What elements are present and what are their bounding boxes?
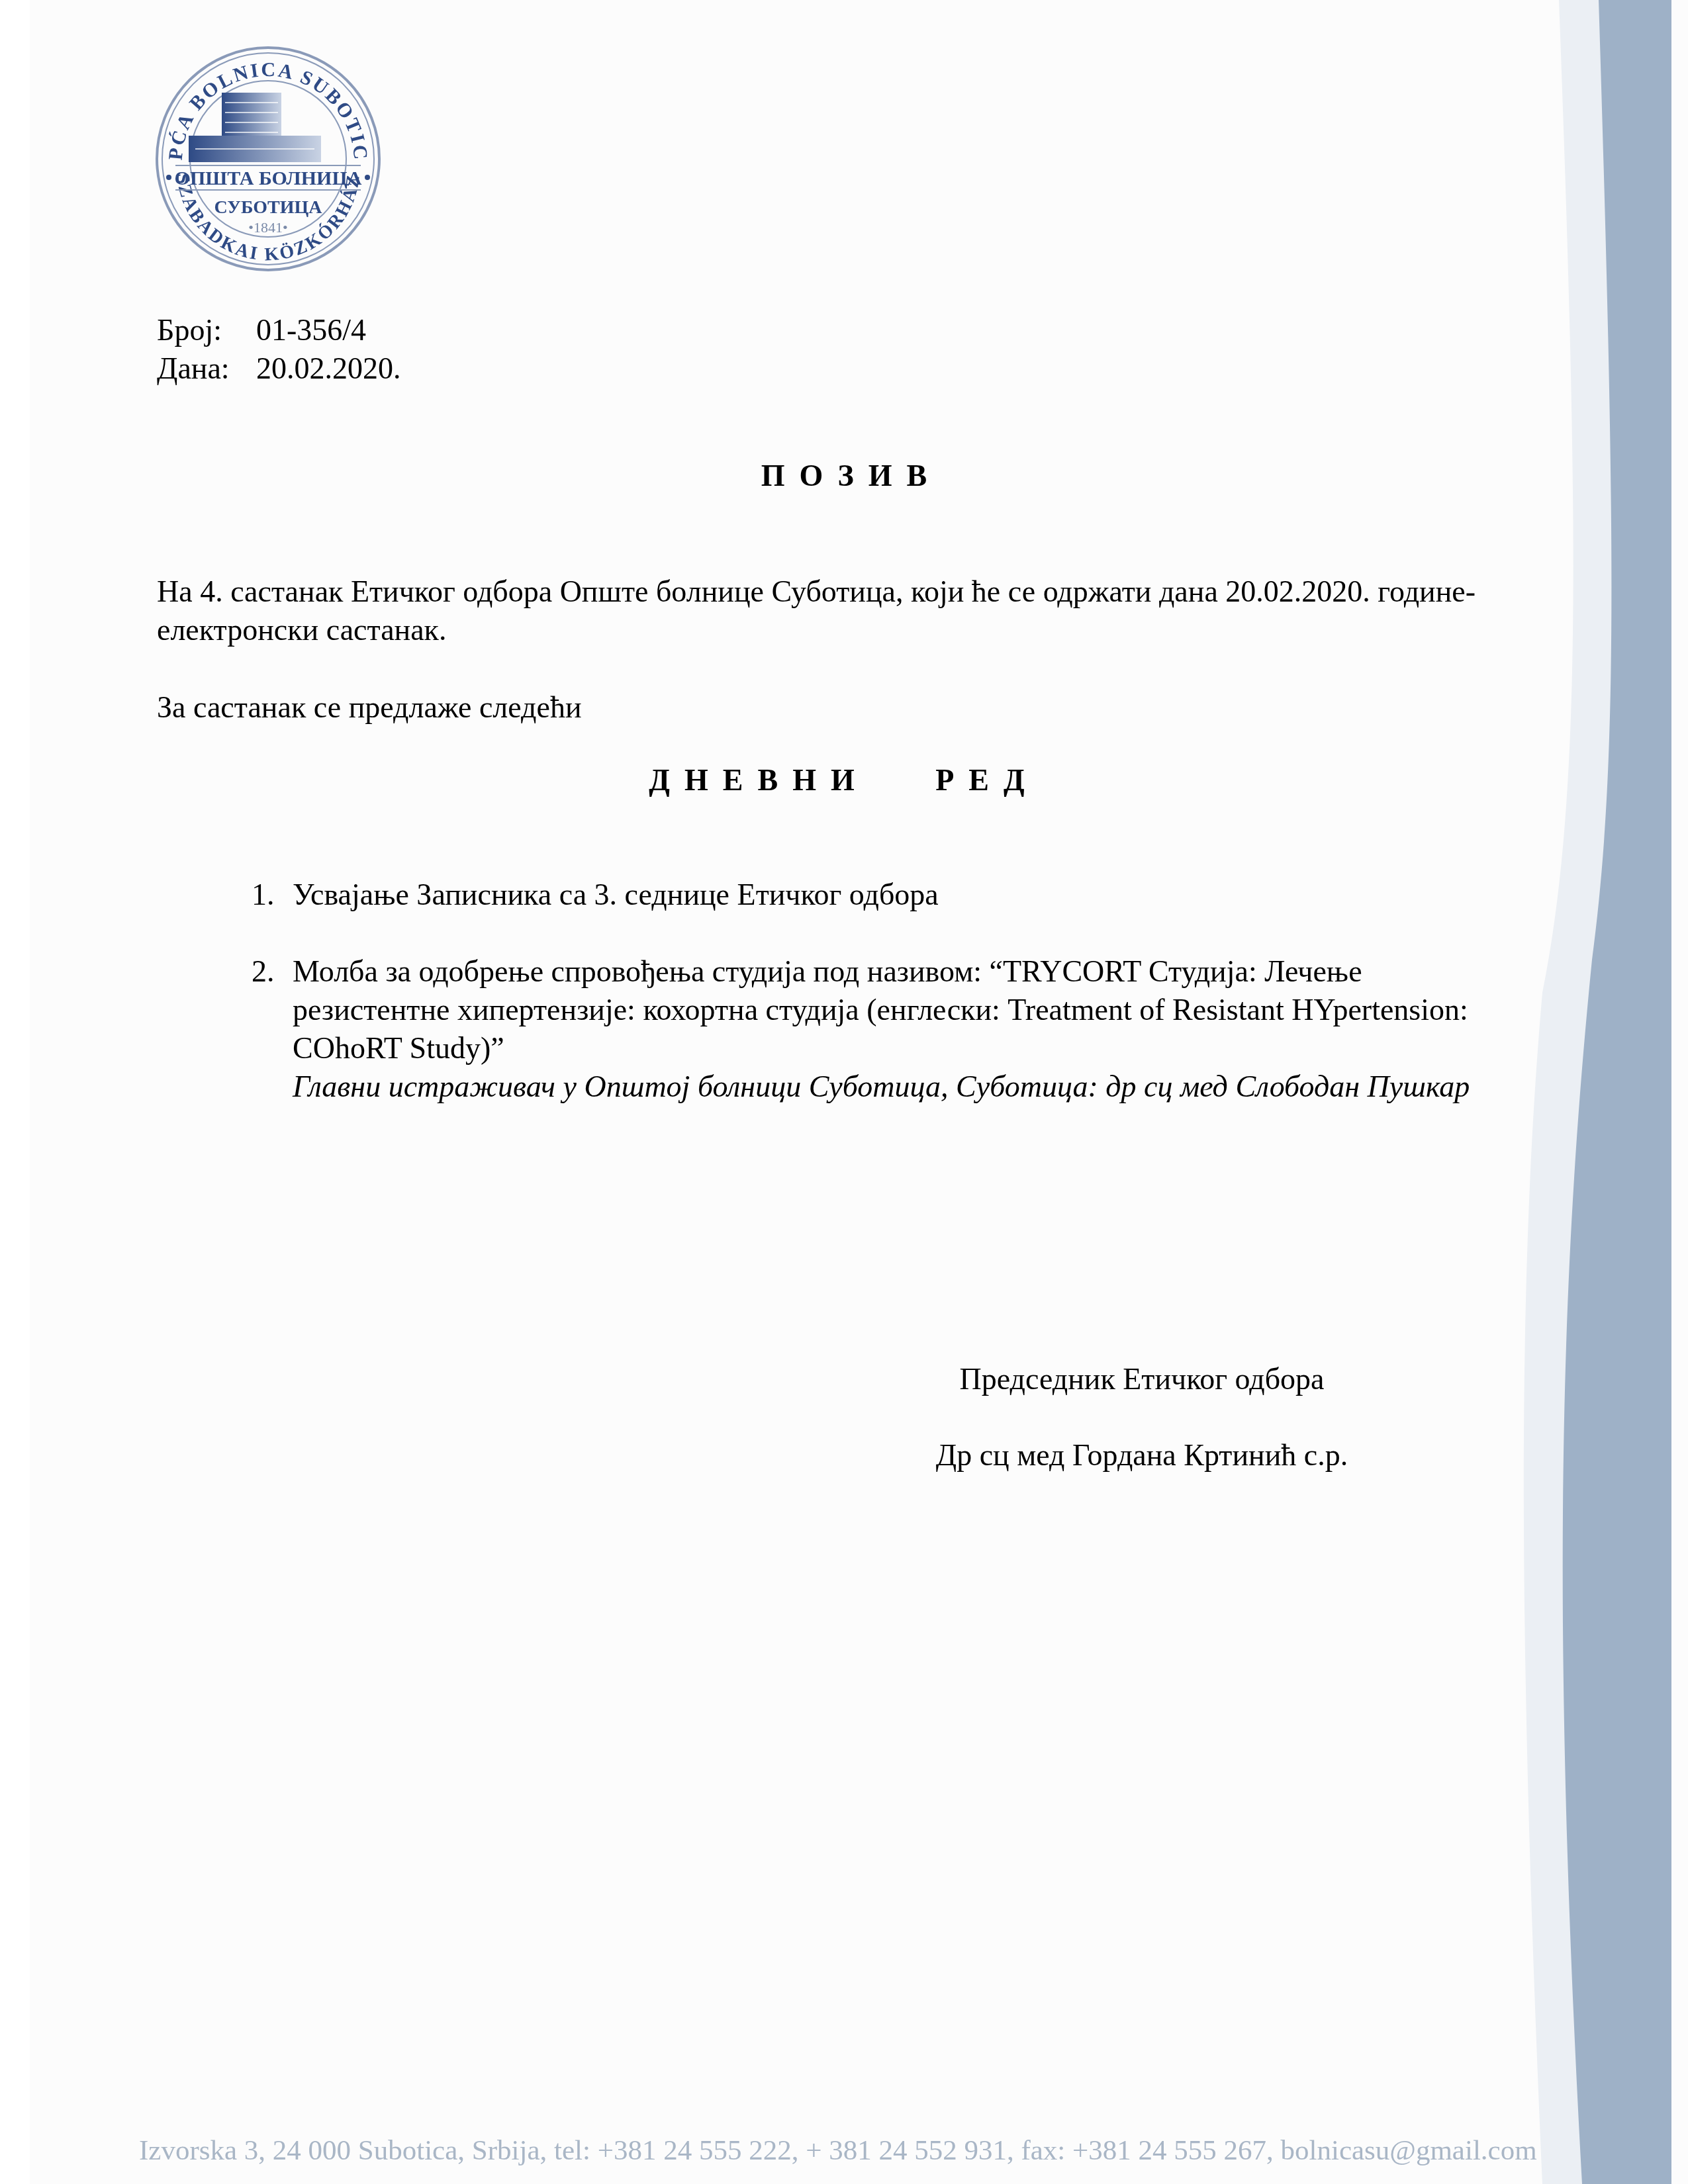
document-number-value: 01-356/4 — [256, 311, 366, 349]
principal-investigator-note: Главни истраживач у Општој болници Субот… — [293, 1068, 1476, 1106]
footer-contact-info: Izvorska 3, 24 000 Subotica, Srbija, tel… — [139, 2134, 1537, 2167]
hospital-seal-logo-icon: OPĆA BOLNICA SUBOTICA SZABADKAI KÖZKÓRHÁ… — [142, 36, 394, 271]
svg-text:•1841•: •1841• — [248, 219, 287, 236]
agenda-item-body: Молба за одобрење спровођења студија под… — [293, 952, 1476, 1106]
invitation-paragraph: На 4. састанак Етичког одбора Опште болн… — [157, 572, 1514, 649]
document-meta: Број: 01-356/4 Дана: 20.02.2020. — [157, 311, 401, 388]
agenda-item-text: Усвајање Записника са 3. седнице Етичког… — [293, 876, 1476, 914]
hospital-logo: OPĆA BOLNICA SUBOTICA SZABADKAI KÖZKÓRHÁ… — [142, 36, 394, 271]
agenda-lead-text: За састанак се предлаже следећи — [157, 688, 582, 727]
signature-role: Председник Етичког одбора — [894, 1360, 1390, 1398]
agenda-title: ДНЕВНИ РЕД — [0, 762, 1688, 797]
agenda-item-text: Молба за одобрење спровођења студија под… — [293, 954, 1468, 1065]
document-number-row: Број: 01-356/4 — [157, 311, 401, 349]
svg-text:ОПШТА БОЛНИЦА: ОПШТА БОЛНИЦА — [175, 167, 362, 189]
signature-name: Др сц мед Гордана Кртинић с.р. — [894, 1436, 1390, 1475]
document-title: ПОЗИВ — [0, 458, 1688, 493]
document-date-value: 20.02.2020. — [256, 349, 401, 388]
document-date-row: Дана: 20.02.2020. — [157, 349, 401, 388]
agenda-list: 1. Усвајање Записника са 3. седнице Етич… — [252, 876, 1476, 1106]
svg-text:СУБОТИЦА: СУБОТИЦА — [214, 197, 323, 218]
document-date-label: Дана: — [157, 349, 256, 388]
agenda-item: 2. Молба за одобрење спровођења студија … — [252, 952, 1476, 1106]
document-number-label: Број: — [157, 311, 256, 349]
agenda-item-number: 1. — [252, 876, 293, 914]
agenda-item: 1. Усвајање Записника са 3. седнице Етич… — [252, 876, 1476, 914]
agenda-item-number: 2. — [252, 952, 293, 1106]
